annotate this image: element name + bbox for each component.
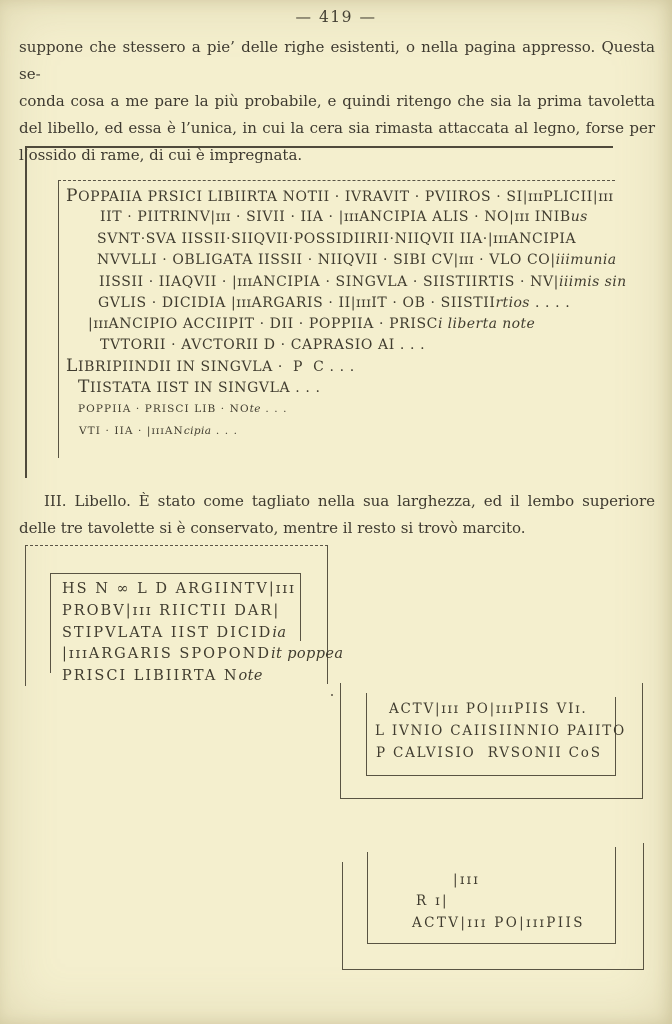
transcribed-text: ACTV|ɪɪɪ PO|ɪɪɪPIIS VIɪ. (389, 701, 587, 717)
restored-text: ote (239, 668, 263, 684)
tablet2-inner-right-border (300, 573, 301, 641)
paragraph-line: del libello, ed essa è l’unica, in cui l… (19, 115, 655, 142)
tablet4-inner-bottom-border (367, 943, 616, 944)
transcription-line: |ɪɪɪARGARIS SPOPONDit poppea (62, 647, 343, 662)
transcribed-text: . . . (261, 403, 288, 415)
paragraph-line: conda cosa a me pare la più probabile, e… (19, 88, 655, 115)
restored-text: rtios (495, 295, 529, 311)
tablet4-inner-right-border (615, 847, 616, 944)
transcribed-text: . . . . (530, 295, 570, 311)
tablet3-outer-left-border (340, 683, 341, 799)
transcription-line: R ɪ| (416, 895, 449, 909)
transcribed-text: GVLIS · DICIDIA |ɪɪɪARGARIS · II|ɪɪɪIT ·… (98, 295, 495, 311)
transcribed-text: PROBV|ɪɪɪ RIICTII DAR| (62, 603, 280, 619)
transcribed-text: SVNT·SVA IISSII·SIIQVII·POSSIDIIRII·NIIQ… (97, 231, 576, 247)
tablet2-outer-top-border (25, 545, 328, 546)
tablet1-inner-top-border (58, 180, 615, 181)
tablet3-outer-right-border (642, 683, 643, 799)
transcribed-text: TVTORII · AVCTORII D · CAPRASIO AI . . . (100, 337, 425, 353)
tablet3-inner-left-border (366, 693, 367, 776)
transcribed-text: P CALVISIO RVSONII CoS (376, 745, 602, 761)
transcription-line: IISSII · IIAQVII · |ɪɪɪANCIPIA · SINGVLA… (99, 275, 627, 289)
restored-text: te (250, 403, 261, 415)
restored-text: cipia (184, 425, 212, 437)
tablet1-outer-left-border (25, 146, 27, 478)
transcription-line: |ɪɪɪ (453, 874, 480, 888)
transcribed-text: ACTV|ɪɪɪ PO|ɪɪɪPIIS (412, 915, 585, 931)
restored-text: ia (272, 625, 286, 641)
paragraph-line: III. Libello. È stato come tagliato nell… (19, 488, 655, 515)
tablet1-outer-top-border (25, 146, 613, 148)
restored-text: iiimunia (556, 252, 617, 268)
transcription-line: VTI · IIA · |ɪɪɪANcipia . . . (79, 426, 238, 437)
transcribed-text: |ɪɪɪANCIPIO ACCIIPIT · DII · POPPIIA · P… (88, 316, 438, 332)
transcription-line: NVVLLI · OBLIGATA IISSII · NIIQVII · SIB… (97, 253, 616, 267)
paragraph-line: delle tre tavolette si è conservato, men… (19, 515, 655, 542)
transcription-line: L IVNIO CAIISIINNIO PAIITO (375, 725, 626, 739)
restored-text: it poppea (271, 646, 343, 662)
tablet4-outer-left-border (342, 862, 343, 970)
tablet1-inner-left-border (58, 181, 59, 458)
transcription-line: STIPVLATA IIST DICIDia (62, 626, 286, 641)
tablet2-inner-top-border (50, 573, 301, 574)
transcription-line: IIT · PIITRINV|ɪɪɪ · SIVII · IIA · |ɪɪɪA… (100, 210, 588, 224)
paragraph-top: suppone che stessero a pie’ delle righe … (19, 34, 655, 169)
paragraph-libello: III. Libello. È stato come tagliato nell… (19, 488, 655, 542)
transcribed-text: |ɪɪɪARGARIS SPOPOND (62, 646, 271, 662)
tablet2-outer-right-border (327, 545, 328, 684)
transcribed-text: STIPVLATA IIST DICID (62, 625, 272, 641)
scanned-book-page: — 419 — suppone che stessero a pie’ dell… (0, 0, 672, 1024)
transcription-line: HS N ∞ L D ARGIINTV|ɪɪɪ (62, 582, 296, 597)
tablet4-inner-left-border (367, 852, 368, 944)
transcribed-text: IISSII · IIAQVII · |ɪɪɪANCIPIA · SINGVLA… (99, 274, 559, 290)
transcribed-text: POPPIIA · PRISCI LIB · NO (78, 403, 250, 415)
transcription-line: PRISCI LIBIIRTA Note (62, 669, 263, 684)
transcription-line: PROBV|ɪɪɪ RIICTII DAR| (62, 604, 280, 619)
transcribed-text: L IVNIO CAIISIINNIO PAIITO (375, 723, 626, 739)
transcription-line: POPPAIIA PRSICI LIBIIRTA NOTII · IVRAVIT… (66, 188, 613, 205)
transcribed-text: VTI · IIA · |ɪɪɪAN (79, 425, 184, 437)
transcribed-text: TIISTATA IIST IN SINGVLA . . . (78, 380, 321, 396)
restored-text: iiimis sin (559, 274, 627, 290)
transcription-line: POPPIIA · PRISCI LIB · NOte . . . (78, 404, 288, 415)
tablet4-outer-bottom-border (342, 969, 644, 970)
transcription-line: LIBRIPIINDII IN SINGVLA · P C . . . (66, 358, 355, 375)
tablet2-inner-left-border (50, 573, 51, 673)
transcribed-text: HS N ∞ L D ARGIINTV|ɪɪɪ (62, 581, 296, 597)
transcribed-text: POPPAIIA PRSICI LIBIIRTA NOTII · IVRAVIT… (66, 189, 613, 205)
transcribed-text: IIT · PIITRINV|ɪɪɪ · SIVII · IIA · |ɪɪɪA… (100, 209, 571, 225)
transcription-line: TVTORII · AVCTORII D · CAPRASIO AI . . . (100, 338, 425, 352)
tablet3-outer-bottom-border (340, 798, 643, 799)
transcribed-text: R ɪ| (416, 893, 449, 909)
transcribed-text: |ɪɪɪ (453, 872, 480, 888)
restored-text: us (571, 209, 588, 225)
transcribed-text: NVVLLI · OBLIGATA IISSII · NIIQVII · SIB… (97, 252, 556, 268)
transcription-line: TIISTATA IIST IN SINGVLA . . . (78, 379, 321, 396)
paragraph-line: suppone che stessero a pie’ delle righe … (19, 34, 655, 88)
tablet2-outer-left-border (25, 545, 26, 686)
transcribed-text: PRISCI LIBIIRTA N (62, 668, 239, 684)
transcription-line: P CALVISIO RVSONII CoS (376, 747, 602, 761)
tablet4-outer-right-border (643, 843, 644, 970)
page-number: — 419 — (0, 8, 672, 26)
restored-text: i liberta note (438, 316, 535, 332)
transcribed-text: . . . (211, 425, 238, 437)
transcription-line: |ɪɪɪANCIPIO ACCIIPIT · DII · POPPIIA · P… (88, 317, 535, 331)
transcribed-text: LIBRIPIINDII IN SINGVLA · P C . . . (66, 359, 355, 375)
tablet3-inner-bottom-border (366, 775, 616, 776)
ink-speck (331, 694, 333, 696)
transcription-line: ACTV|ɪɪɪ PO|ɪɪɪPIIS (412, 917, 585, 931)
transcription-line: SVNT·SVA IISSII·SIIQVII·POSSIDIIRII·NIIQ… (97, 232, 576, 246)
transcription-line: GVLIS · DICIDIA |ɪɪɪARGARIS · II|ɪɪɪIT ·… (98, 296, 570, 310)
transcription-line: ACTV|ɪɪɪ PO|ɪɪɪPIIS VIɪ. (389, 703, 587, 717)
